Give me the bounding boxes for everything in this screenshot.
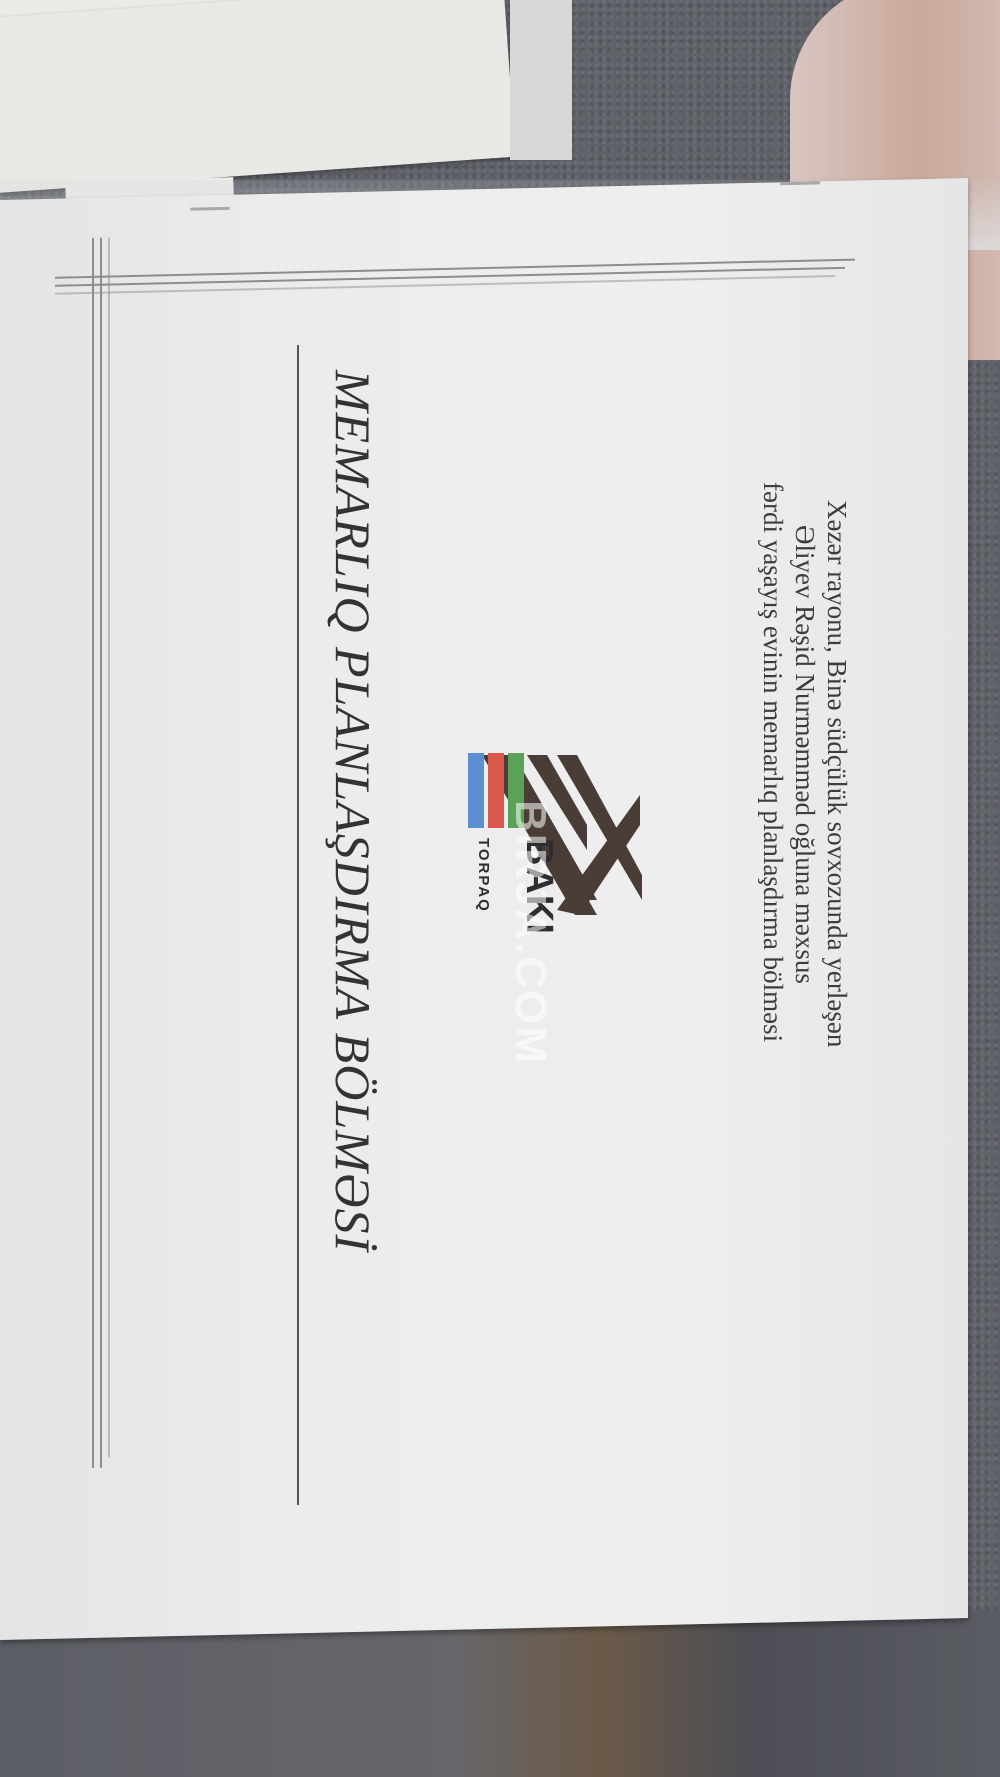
frame-line [100,238,102,1468]
watermark: BIRJA.COM [505,800,555,1065]
header-line-location: Xəzər rayonu, Binə südçülük sovxozunda y… [821,500,852,1047]
background-paper [0,0,515,193]
staple-mark [190,207,230,211]
header-line-owner: Əliyev Rəşid Nurməmməd oğluna məxsus [789,525,820,984]
staple-mark [780,181,820,185]
background-paper [510,0,572,160]
frame-line [92,238,94,1468]
logo-name-secondary: TORPAQ [475,838,492,913]
title-underline [297,345,299,1505]
flag-bar-red [488,753,504,828]
document-title: MEMARLIQ PLANLAŞDIRMA BÖLMƏSİ [324,370,382,1252]
frame-line [108,238,110,1458]
frame-line [55,275,835,295]
header-line-description: fərdi yaşayış evinin memarlıq planlaşdır… [757,482,788,1042]
flag-bar-blue [468,753,484,828]
